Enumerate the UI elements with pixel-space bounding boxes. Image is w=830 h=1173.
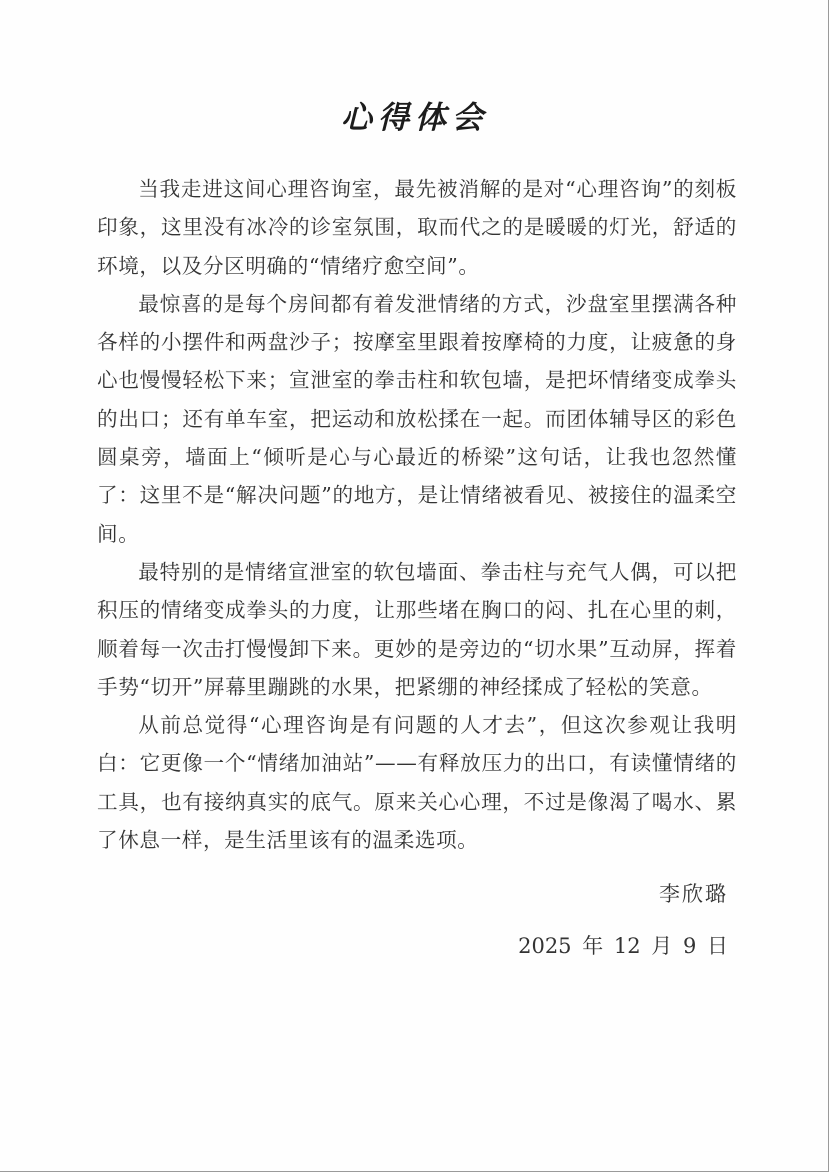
- document-page: 心得体会 当我走进这间心理咨询室，最先被消解的是对“心理咨询”的刻板印象，这里没…: [0, 0, 829, 1172]
- paragraph-2: 最惊喜的是每个房间都有着发泄情绪的方式，沙盘室里摆满各种各样的小摆件和两盘沙子；…: [97, 285, 737, 553]
- paragraph-4: 从前总觉得“心理咨询是有问题的人才去”，但这次参观让我明白：它更像一个“情绪加油…: [97, 706, 737, 859]
- paragraph-3: 最特别的是情绪宣泄室的软包墙面、拳击柱与充气人偶，可以把积压的情绪变成拳头的力度…: [97, 553, 737, 706]
- paragraph-1: 当我走进这间心理咨询室，最先被消解的是对“心理咨询”的刻板印象，这里没有冰冷的诊…: [97, 170, 737, 285]
- document-title: 心得体会: [0, 92, 830, 137]
- author-signature: 李欣璐: [659, 878, 728, 908]
- document-date: 2025 年 12 月 9 日: [518, 930, 728, 960]
- document-body: 当我走进这间心理咨询室，最先被消解的是对“心理咨询”的刻板印象，这里没有冰冷的诊…: [97, 170, 737, 859]
